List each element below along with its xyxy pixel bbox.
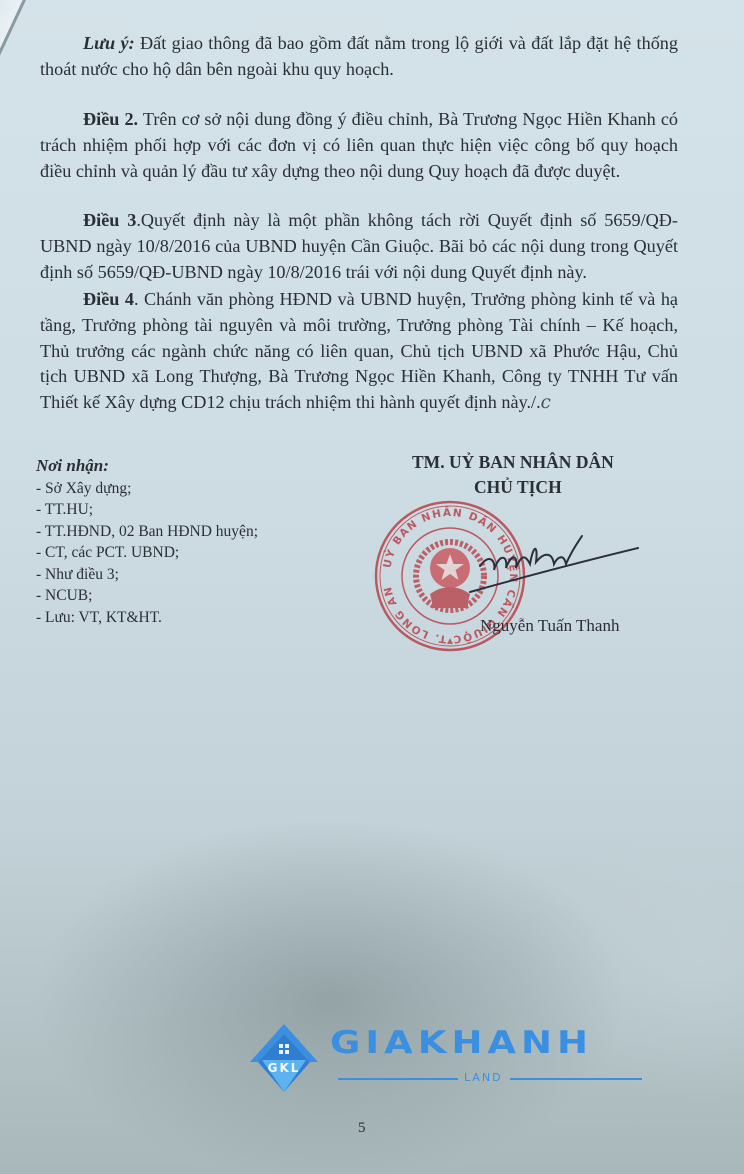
note-paragraph: Lưu ý: Đất giao thông đã bao gồm đất nằm… [40,31,678,83]
recipients-list: - Sở Xây dựng; - TT.HU; - TT.HĐND, 02 Ba… [36,478,258,629]
recipient-item: - Sở Xây dựng; [36,478,258,500]
recipient-item: - TT.HU; [36,499,258,521]
note-text: Đất giao thông đã bao gồm đất nằm trong … [40,33,678,79]
article-3-label: Điều 3 [83,210,136,230]
article-3-text: .Quyết định này là một phần không tách r… [40,210,678,282]
handwritten-mark: c [541,392,551,413]
watermark-logo: GKL GIAKHANH LAND [248,1020,648,1092]
watermark-brand: GIAKHANH [330,1024,593,1061]
signer-name: Nguyễn Tuấn Thanh [480,616,619,636]
watermark-sub-text: LAND [464,1071,503,1084]
watermark-rule-right [510,1078,642,1080]
handwritten-signature-icon [460,522,640,602]
recipient-item: - Như điều 3; [36,564,258,586]
page-corner-fold [0,0,38,57]
page-number: 5 [358,1120,366,1137]
recipient-item: - Lưu: VT, KT&HT. [36,607,258,629]
article-2-paragraph: Điều 2. Trên cơ sở nội dung đồng ý điều … [40,107,678,184]
recipients-block: Nơi nhận: - Sở Xây dựng; - TT.HU; - TT.H… [36,455,258,628]
watermark-sub: LAND [338,1072,642,1084]
recipient-item: - NCUB; [36,585,258,607]
house-emblem-icon: GKL [248,1020,320,1092]
article-4-label: Điều 4 [83,289,134,309]
signing-role: CHỦ TỊCH [474,477,680,498]
note-label: Lưu ý: [83,33,135,53]
watermark-rule-left [338,1078,458,1080]
recipients-title: Nơi nhận: [36,455,258,477]
article-4-paragraph: Điều 4. Chánh văn phòng HĐND và UBND huy… [40,287,678,416]
recipient-item: - CT, các PCT. UBND; [36,542,258,564]
signing-organization: TM. UỶ BAN NHÂN DÂN [412,452,680,473]
article-2-label: Điều 2. [83,109,138,129]
article-4-text: . Chánh văn phòng HĐND và UBND huyện, Tr… [40,289,678,412]
signature-block: TM. UỶ BAN NHÂN DÂN CHỦ TỊCH UỶ BAN NHÂN… [380,452,680,498]
recipient-item: - TT.HĐND, 02 Ban HĐND huyện; [36,521,258,543]
article-3-paragraph: Điều 3.Quyết định này là một phần không … [40,208,678,285]
svg-text:GKL: GKL [268,1061,301,1075]
